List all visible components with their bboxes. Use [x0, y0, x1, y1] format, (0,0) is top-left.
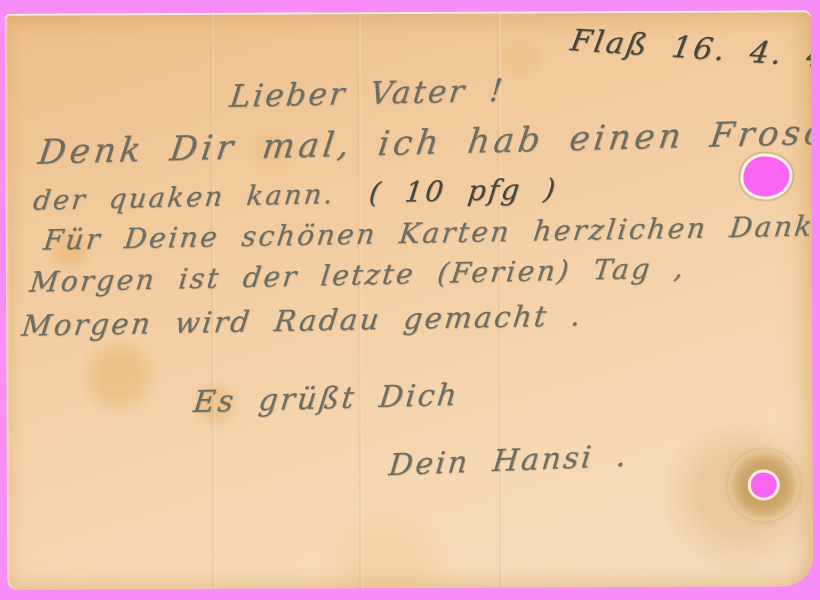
price-note: ( 10 pfg ) [367, 172, 559, 209]
hole-punch-hole [751, 472, 777, 497]
body-line: Denk Dir mal, ich hab einen Frosch [36, 112, 813, 173]
signature-line: Dein Hansi . [387, 439, 630, 484]
body-line-text: der quaken kann. [32, 179, 337, 217]
scanned-letter-page: Flaß 16. 4. 44. Lieber Vater ! Denk Dir … [0, 0, 820, 600]
body-line: Für Deine schönen Karten herzlichen Dank… [42, 209, 814, 256]
body-line: der quaken kann. ( 10 pfg ) [32, 172, 560, 217]
salutation-line: Lieber Vater ! [228, 73, 507, 115]
letter-paper: Flaß 16. 4. 44. Lieber Vater ! Denk Dir … [5, 10, 814, 590]
closing-line: Es grüßt Dich [191, 378, 460, 420]
fold-crease [210, 13, 217, 589]
date-line: Flaß 16. 4. 44. [568, 23, 813, 77]
torn-paper-hole [743, 156, 789, 196]
